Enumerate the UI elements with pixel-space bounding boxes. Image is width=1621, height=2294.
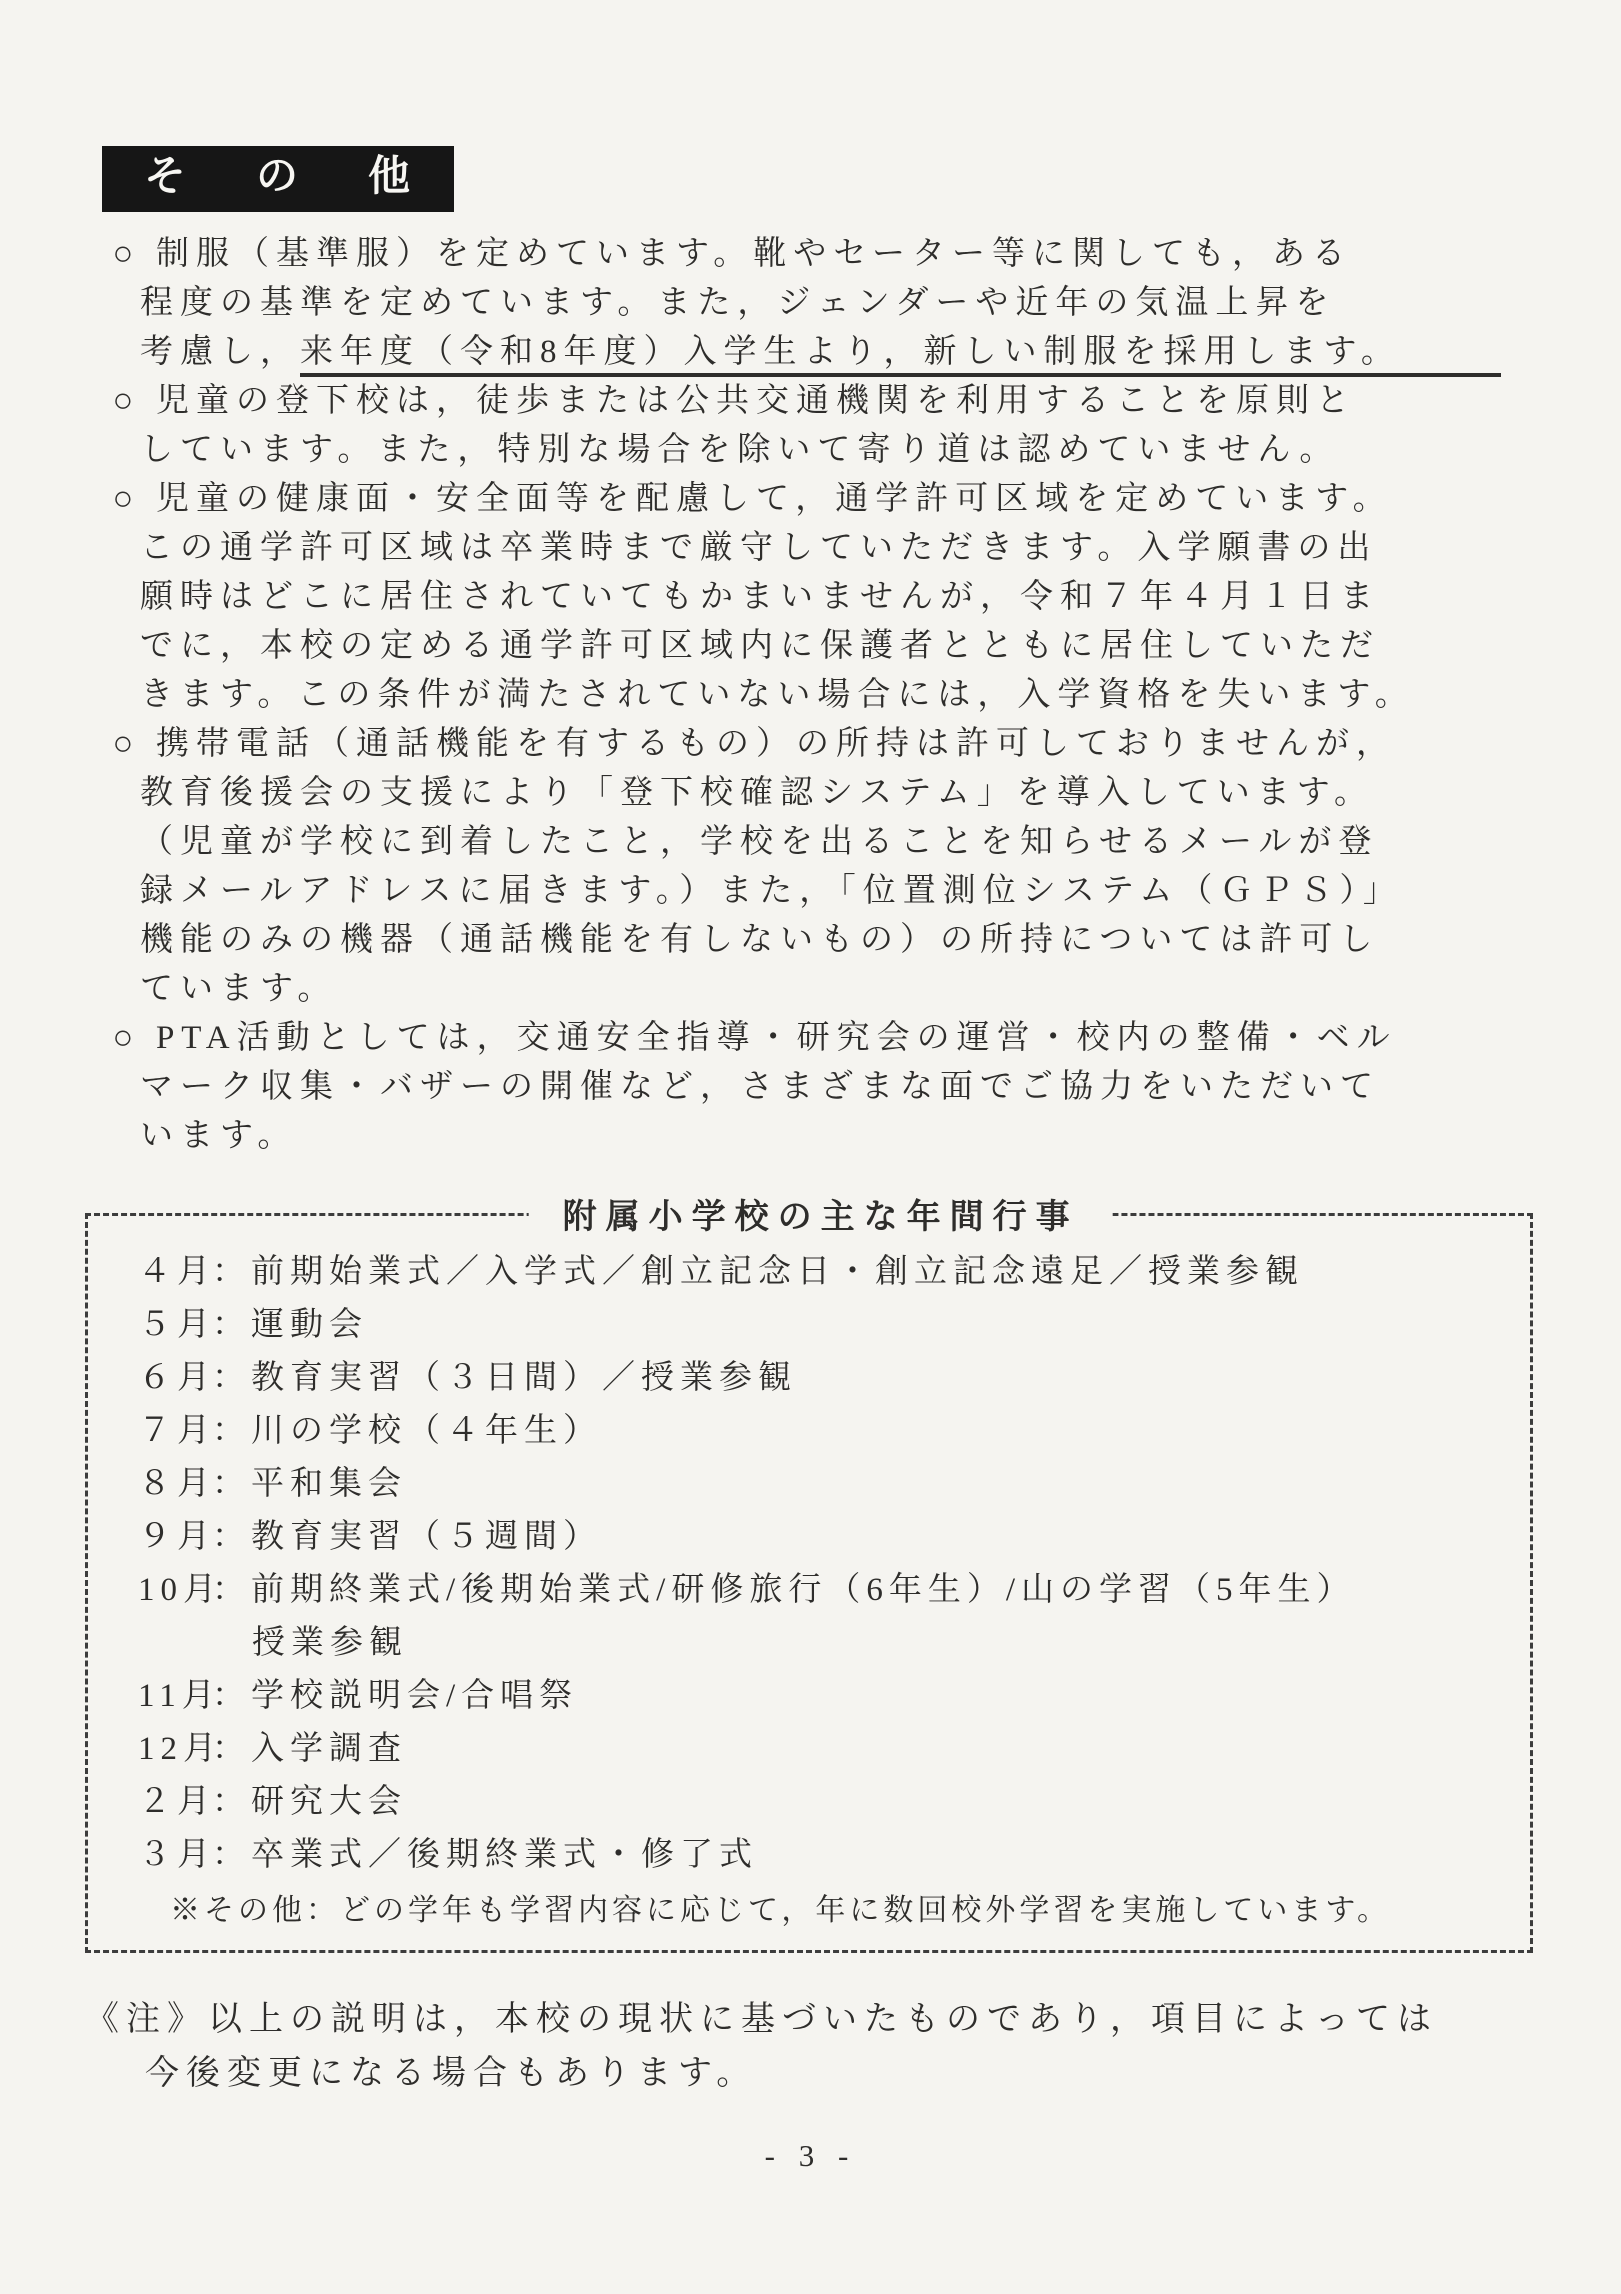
note-line: 今後変更になる場合もあります。 (145, 2047, 1533, 2101)
event-text: 学校説明会/合唱祭 (251, 1670, 578, 1723)
bullet-text: しています。また，特別な場合を除いて寄り道は認めていません。 (140, 426, 1533, 475)
event-month: ７月 (138, 1405, 212, 1458)
bullet-text: 録メールアドレスに届きます。）また，「位置測位システム（ＧＰＳ）」 (140, 867, 1533, 916)
event-text: 教育実習（５週間） (251, 1511, 602, 1564)
event-month: 11月 (138, 1670, 212, 1723)
event-month: ９月 (138, 1511, 212, 1564)
bullet-circle-icon: ○ (112, 1013, 140, 1064)
bullet-circle-icon: ○ (112, 376, 140, 427)
event-month: ５月 (138, 1299, 212, 1352)
underlined-text: 来年度（令和8年度）入学生より，新しい制服を採用します。 (300, 334, 1501, 377)
bullet-text: （児童が学校に到着したこと，学校を出ることを知らせるメールが登 (140, 818, 1533, 867)
event-month: ８月 (138, 1458, 212, 1511)
event-text: 授業参観 (252, 1617, 408, 1670)
page-content: そ の 他 ○制服（基準服）を定めています。靴やセーター等に関しても，ある 程度… (90, 146, 1533, 2101)
event-text: 研究大会 (251, 1776, 407, 1829)
bullet-circle-icon: ○ (112, 229, 140, 280)
section-title: そ の 他 (102, 146, 454, 212)
bullet-item-district: ○児童の健康面・安全面等を配慮して，通学許可区域を定めています。 この通学許可区… (90, 475, 1533, 720)
bullet-text: 携帯電話（通話機能を有するもの）の所持は許可しておりませんが， (156, 726, 1396, 762)
bullet-line: 考慮し，来年度（令和8年度）入学生より，新しい制服を採用します。 (140, 328, 1533, 377)
event-colon: ： (212, 1458, 251, 1511)
event-row-may: ５月：運動会 (138, 1299, 1514, 1352)
event-text: 運動会 (251, 1299, 368, 1352)
bullet-text: PTA活動としては，交通安全指導・研究会の運営・校内の整備・ベル (156, 1020, 1397, 1056)
event-colon: ： (212, 1511, 251, 1564)
event-text: 前期始業式／入学式／創立記念日・創立記念遠足／授業参観 (251, 1246, 1304, 1299)
bullet-text: 制服（基準服）を定めています。靴やセーター等に関しても，ある (156, 236, 1352, 272)
event-text: 教育実習（３日間）／授業参観 (251, 1352, 797, 1405)
event-row-october-cont: 授業参観 (138, 1617, 1514, 1670)
bottom-note: 《注》以上の説明は，本校の現状に基づいたものであり，項目によっては 今後変更にな… (85, 1993, 1533, 2101)
event-row-march: ３月：卒業式／後期終業式・修了式 (138, 1829, 1514, 1882)
bullet-text: 程度の基準を定めています。また，ジェンダーや近年の気温上昇を (140, 279, 1533, 328)
event-month: ４月 (138, 1246, 212, 1299)
bullet-list: ○制服（基準服）を定めています。靴やセーター等に関しても，ある 程度の基準を定め… (90, 230, 1533, 1161)
bullet-text: 教育後援会の支援により「登下校確認システム」を導入しています。 (140, 769, 1533, 818)
event-row-august: ８月：平和集会 (138, 1458, 1514, 1511)
event-text: 入学調査 (251, 1723, 407, 1776)
event-month: ２月 (138, 1776, 212, 1829)
bullet-item-phone: ○携帯電話（通話機能を有するもの）の所持は許可しておりませんが， 教育後援会の支… (90, 720, 1533, 1014)
event-text: 川の学校（４年生） (251, 1405, 602, 1458)
event-row-february: ２月：研究大会 (138, 1776, 1514, 1829)
event-colon: ： (212, 1246, 251, 1299)
bullet-text: きます。この条件が満たされていない場合には，入学資格を失います。 (140, 671, 1533, 720)
bullet-line: ○PTA活動としては，交通安全指導・研究会の運営・校内の整備・ベル (113, 1014, 1533, 1063)
bullet-line: ○制服（基準服）を定めています。靴やセーター等に関しても，ある (113, 230, 1533, 279)
document-page: そ の 他 ○制服（基準服）を定めています。靴やセーター等に関しても，ある 程度… (0, 0, 1621, 2294)
bullet-line: ○児童の健康面・安全面等を配慮して，通学許可区域を定めています。 (113, 475, 1533, 524)
bullet-text: 児童の登下校は，徒歩または公共交通機関を利用することを原則と (156, 383, 1356, 419)
bullet-line: ○携帯電話（通話機能を有するもの）の所持は許可しておりませんが， (113, 720, 1533, 769)
event-row-april: ４月：前期始業式／入学式／創立記念日・創立記念遠足／授業参観 (138, 1246, 1514, 1299)
event-month: ３月 (138, 1829, 212, 1882)
event-colon: ： (212, 1352, 251, 1405)
event-month: 10月 (138, 1564, 212, 1617)
event-row-october: 10月：前期終業式/後期始業式/研修旅行（6年生）/山の学習（5年生） (138, 1564, 1514, 1617)
bullet-text: マーク収集・バザーの開催など，さまざまな面でご協力をいただいて (140, 1063, 1533, 1112)
page-number: - 3 - (0, 2138, 1621, 2174)
note-line: 《注》以上の説明は，本校の現状に基づいたものであり，項目によっては (85, 1993, 1533, 2047)
event-colon: ： (212, 1723, 251, 1776)
bullet-text: 機能のみの機器（通話機能を有しないもの）の所持については許可し (140, 916, 1533, 965)
event-row-july: ７月：川の学校（４年生） (138, 1405, 1514, 1458)
event-colon: ： (212, 1299, 251, 1352)
annual-events-box: 附属小学校の主な年間行事 ４月：前期始業式／入学式／創立記念日・創立記念遠足／授… (85, 1213, 1533, 1953)
event-colon: ： (212, 1405, 251, 1458)
events-footnote: ※その他：どの学年も学習内容に応じて，年に数回校外学習を実施しています。 (170, 1886, 1514, 1936)
event-row-september: ９月：教育実習（５週間） (138, 1511, 1514, 1564)
bullet-text: でに，本校の定める通学許可区域内に保護者とともに居住していただ (140, 622, 1533, 671)
bullet-text: います。 (140, 1112, 1533, 1161)
bullet-item-uniform: ○制服（基準服）を定めています。靴やセーター等に関しても，ある 程度の基準を定め… (90, 230, 1533, 377)
event-month: ６月 (138, 1352, 212, 1405)
event-row-december: 12月：入学調査 (138, 1723, 1514, 1776)
event-colon: ： (212, 1564, 251, 1617)
bullet-text: ています。 (140, 965, 1533, 1014)
bullet-text: 願時はどこに居住されていてもかまいませんが，令和７年４月１日ま (140, 573, 1533, 622)
event-text: 前期終業式/後期始業式/研修旅行（6年生）/山の学習（5年生） (251, 1564, 1356, 1617)
bullet-text: 考慮し， (140, 334, 300, 370)
bullet-circle-icon: ○ (112, 474, 140, 525)
bullet-circle-icon: ○ (112, 719, 140, 770)
bullet-text: この通学許可区域は卒業時まで厳守していただきます。入学願書の出 (140, 524, 1533, 573)
bullet-text: 児童の健康面・安全面等を配慮して，通学許可区域を定めています。 (156, 481, 1393, 517)
events-box-title: 附属小学校の主な年間行事 (529, 1189, 1113, 1238)
bullet-line: ○児童の登下校は，徒歩または公共交通機関を利用することを原則と (113, 377, 1533, 426)
event-text: 平和集会 (251, 1458, 407, 1511)
bullet-item-commute: ○児童の登下校は，徒歩または公共交通機関を利用することを原則と しています。また… (90, 377, 1533, 475)
event-row-november: 11月：学校説明会/合唱祭 (138, 1670, 1514, 1723)
event-month: 12月 (138, 1723, 212, 1776)
event-row-june: ６月：教育実習（３日間）／授業参観 (138, 1352, 1514, 1405)
event-colon: ： (212, 1670, 251, 1723)
event-colon: ： (212, 1776, 251, 1829)
event-colon: ： (212, 1829, 251, 1882)
event-text: 卒業式／後期終業式・修了式 (251, 1829, 758, 1882)
bullet-item-pta: ○PTA活動としては，交通安全指導・研究会の運営・校内の整備・ベル マーク収集・… (90, 1014, 1533, 1161)
